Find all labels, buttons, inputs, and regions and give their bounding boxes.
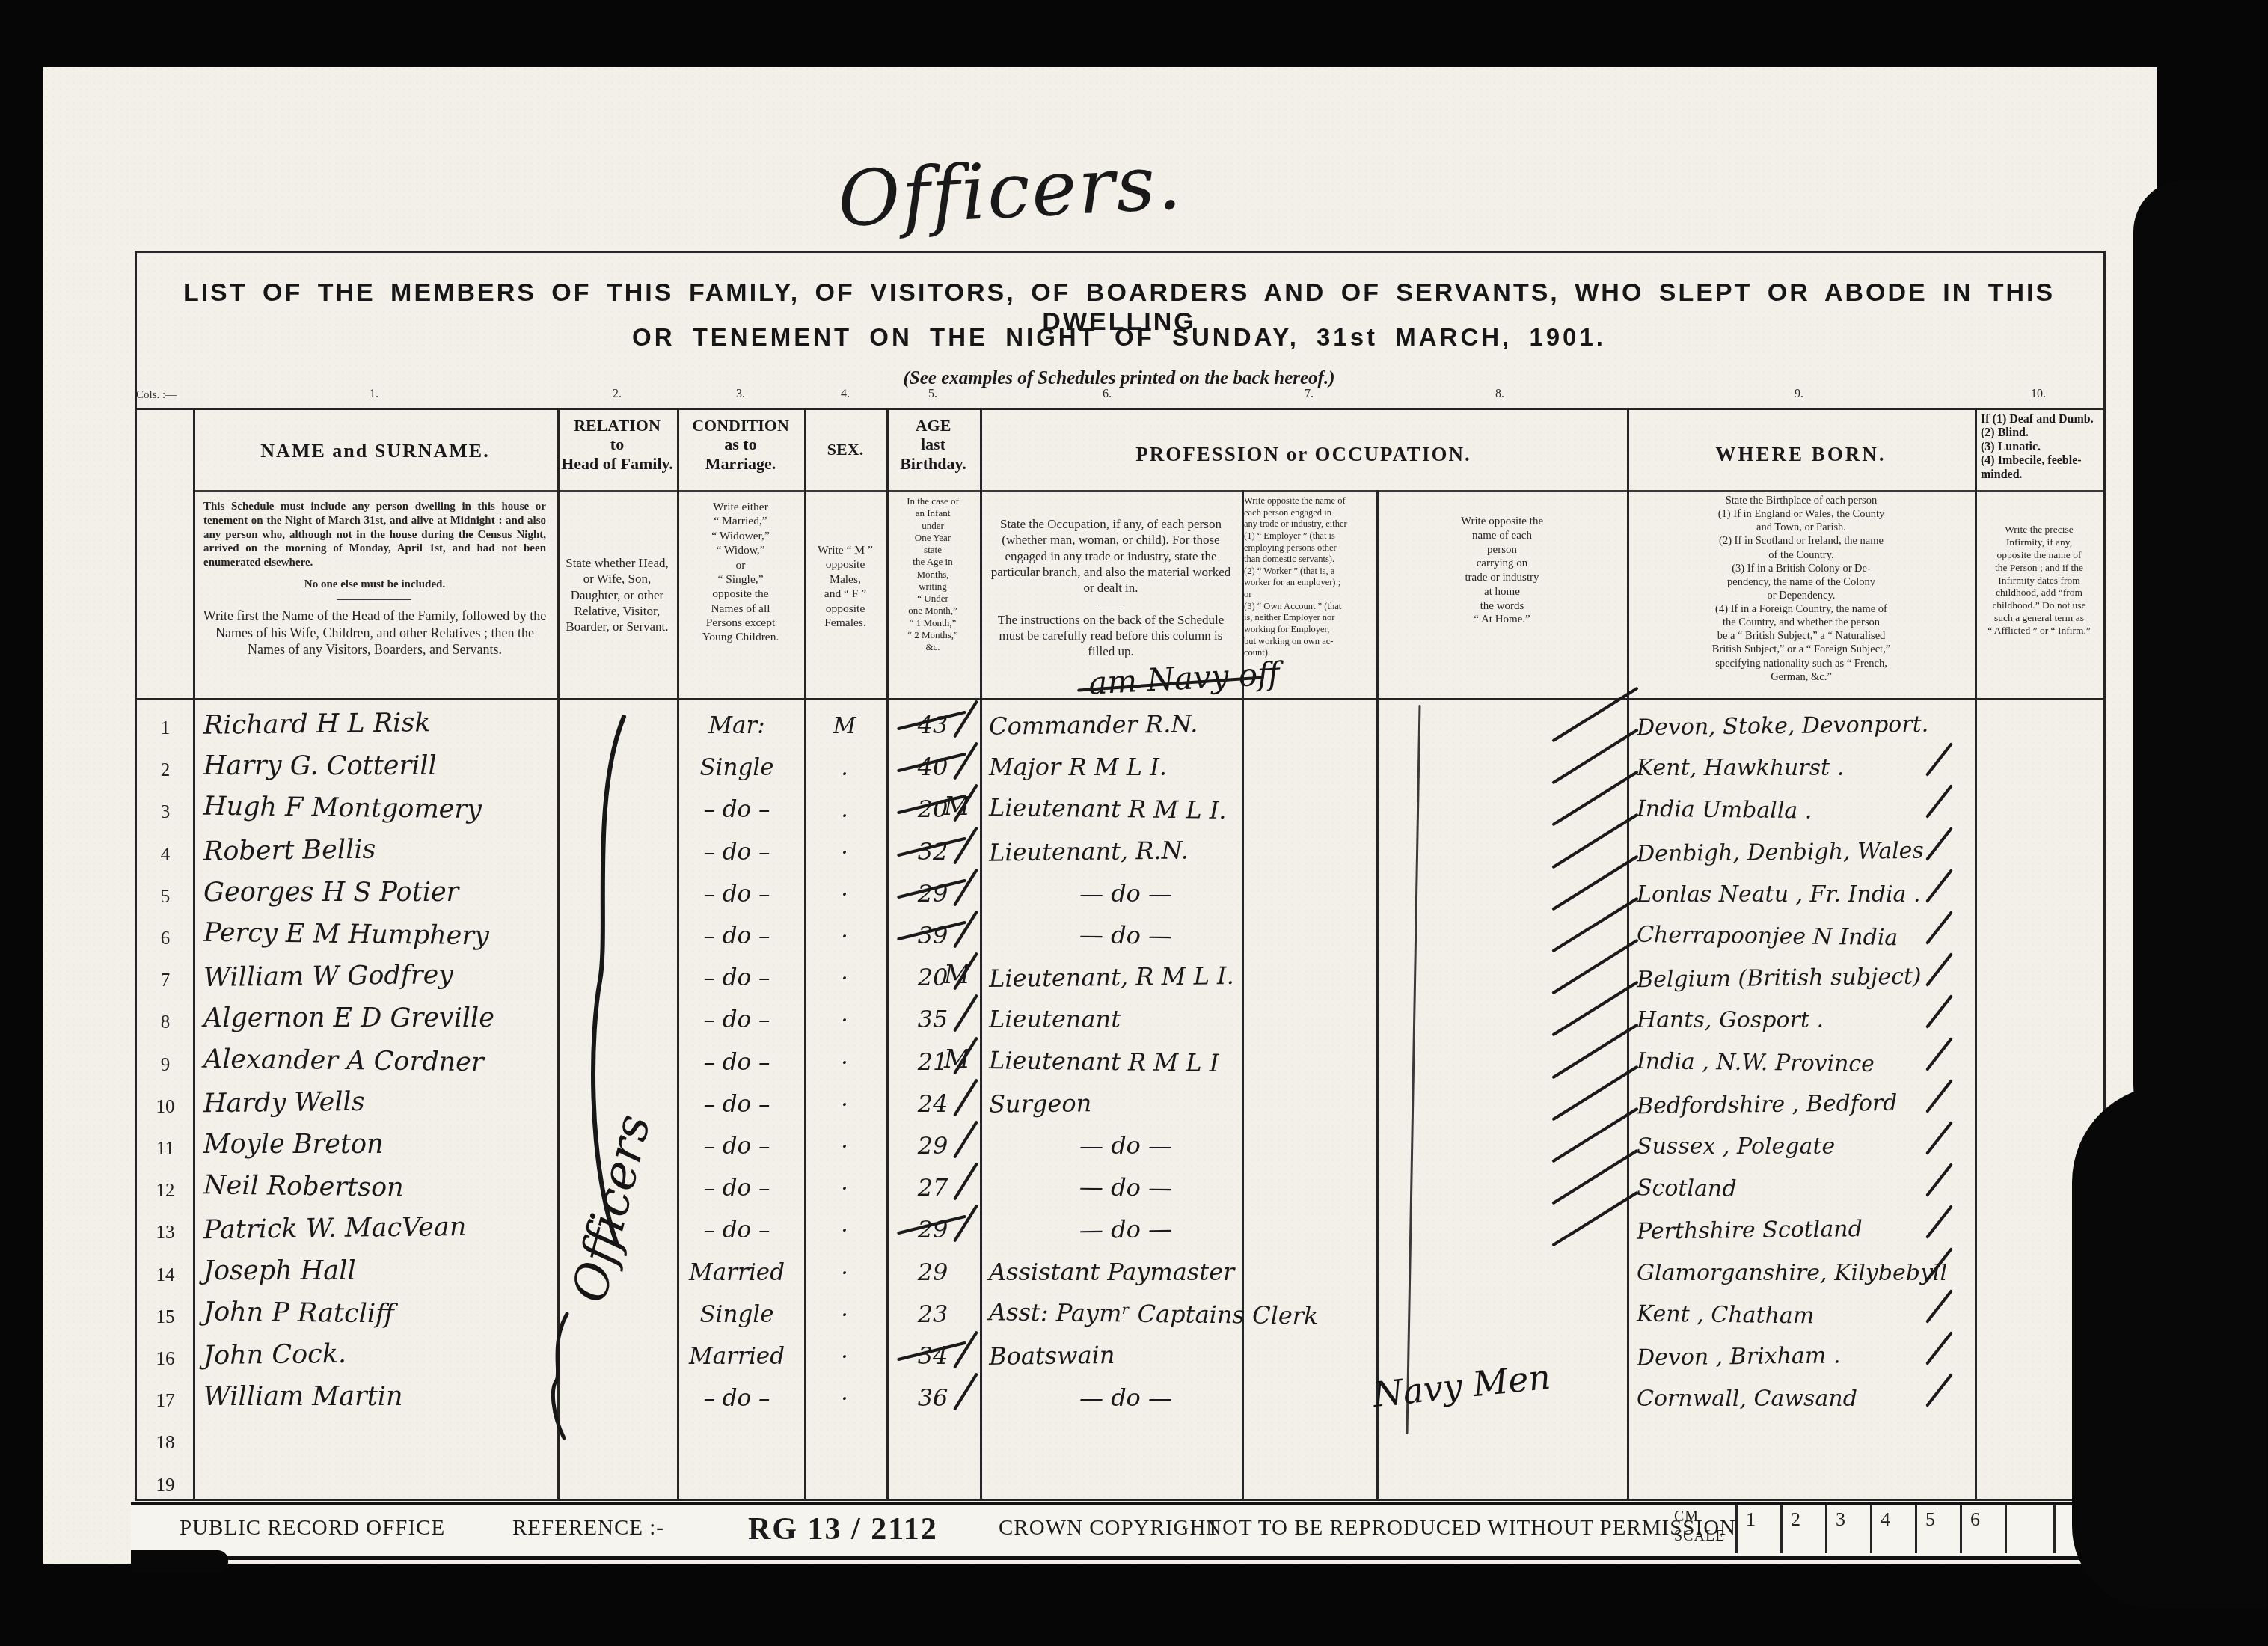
- pen-born-check: [1925, 742, 1953, 777]
- table-row: 19: [0, 1457, 2268, 1499]
- cell-profession: Assistant Paymaster: [989, 1258, 1234, 1286]
- pen-born-check: [1925, 869, 1953, 903]
- cell-profession: — do —: [1017, 1214, 1234, 1246]
- row-number: 3: [142, 802, 189, 823]
- cell-where-born: India Umballa .: [1637, 796, 1812, 824]
- scale-rule-0: [1735, 1505, 1738, 1553]
- cell-condition: – do –: [669, 839, 804, 866]
- cell-where-born: Belgium (British subject): [1637, 964, 1922, 994]
- cell-name: William W Godfrey: [203, 960, 453, 993]
- cell-age: 35: [889, 1005, 977, 1033]
- cell-age: 29: [889, 1215, 977, 1243]
- cell-profession: Lieutenant R M L I.: [989, 793, 1227, 824]
- col-number-10: 10.: [2016, 388, 2061, 401]
- cell-sex: ·: [804, 923, 885, 949]
- pen-born-check: [1925, 1121, 1953, 1155]
- instr-at-home: Write opposite the name of each person c…: [1382, 515, 1622, 627]
- cell-where-born: Scotland: [1637, 1175, 1737, 1202]
- cell-where-born: Glamorganshire, Kilybebyll: [1637, 1260, 1947, 1286]
- instr-profession: State the Occupation, if any, of each pe…: [990, 516, 1231, 659]
- scale-number-1: 1: [1746, 1508, 1756, 1531]
- table-row: 8 Algernon E D Greville – do – · 35 Lieu…: [0, 994, 2268, 1036]
- cell-sex: ·: [804, 881, 885, 908]
- cell-condition: – do –: [669, 1006, 804, 1033]
- cell-where-born: Lonlas Neatu , Fr. India .: [1637, 881, 1920, 908]
- pen-born-check: [1925, 1289, 1953, 1324]
- cell-condition: – do –: [669, 1049, 804, 1076]
- instr-relation: State whether Head, or Wife, Son, Daught…: [561, 555, 673, 634]
- footer-reference-label: REFERENCE :-: [512, 1516, 664, 1541]
- cell-profession: — do —: [1017, 1383, 1234, 1412]
- col-number-4: 4.: [823, 388, 868, 401]
- cell-profession: Boatswain: [989, 1341, 1115, 1371]
- table-row: 17 William Martin – do – · 36 — do — Cor…: [0, 1372, 2268, 1415]
- row-number: 1: [142, 718, 189, 739]
- table-row: 12 Neil Robertson – do – · 27 — do — Sco…: [0, 1162, 2268, 1205]
- col-number-1: 1.: [352, 388, 396, 401]
- table-row: 18: [0, 1414, 2268, 1457]
- cell-age: 23: [889, 1300, 977, 1328]
- cell-condition: Single: [669, 1301, 804, 1328]
- pen-born-check: [1925, 911, 1953, 945]
- cell-profession: — do —: [1017, 1172, 1234, 1203]
- header-relation: RELATION to Head of Family.: [557, 416, 677, 473]
- table-row: 1 Richard H L Risk Mar: M 43 Commander R…: [0, 700, 2268, 742]
- cell-condition: – do –: [669, 1217, 804, 1243]
- pen-born-check: [1925, 952, 1953, 987]
- scale-rule-7: [2053, 1505, 2056, 1553]
- row-number: 7: [142, 970, 189, 991]
- row-number: 14: [142, 1265, 189, 1286]
- row-number: 18: [142, 1433, 189, 1454]
- footer-separator: ·: [1180, 1516, 1189, 1541]
- cell-name: Neil Robertson: [203, 1171, 404, 1203]
- footer-reference-value: RG 13 / 2112: [748, 1511, 938, 1547]
- scale-rule-2: [1825, 1505, 1827, 1553]
- cell-condition: Single: [669, 754, 804, 781]
- cell-where-born: India , N.W. Province: [1637, 1048, 1875, 1077]
- cell-profession: Lieutenant: [989, 1005, 1121, 1033]
- cell-profession: Surgeon: [989, 1089, 1092, 1119]
- col-number-8: 8.: [1477, 388, 1522, 401]
- table-row: 15 John P Ratcliff Single · 23 Asst: Pay…: [0, 1288, 2268, 1331]
- torn-edge-blob: [2072, 1085, 2267, 1609]
- scale-rule-4: [1915, 1505, 1917, 1553]
- cell-name: Hardy Wells: [203, 1086, 365, 1119]
- cell-sex: ·: [804, 1092, 885, 1118]
- header-sex: SEX.: [804, 440, 886, 459]
- cell-where-born: Cherrapoonjee N India: [1637, 922, 1898, 951]
- cell-name: Joseph Hall: [203, 1256, 356, 1286]
- col-number-6: 6.: [1085, 388, 1130, 401]
- cell-where-born: Kent , Chatham: [1637, 1300, 1815, 1329]
- table-top-rule: [135, 408, 2106, 410]
- black-border-bottom: [0, 1564, 2268, 1646]
- row-number: 9: [142, 1055, 189, 1076]
- cell-sex: ·: [804, 1217, 885, 1243]
- cell-condition: – do –: [669, 1091, 804, 1118]
- scale-number-6: 6: [1970, 1508, 1980, 1531]
- row-number: 12: [142, 1181, 189, 1202]
- cell-name: Algernon E D Greville: [203, 1003, 494, 1033]
- instr-infirmity: Write the precise Infirmity, if any, opp…: [1978, 524, 2100, 637]
- col-number-5: 5.: [910, 388, 955, 401]
- cell-condition: Mar:: [669, 712, 804, 739]
- cell-where-born: Perthshire Scotland: [1637, 1217, 1863, 1246]
- cell-name: Richard H L Risk: [203, 708, 431, 741]
- header-name: NAME and SURNAME.: [193, 440, 557, 462]
- cell-age: 36: [889, 1383, 977, 1412]
- black-border-left: [0, 0, 43, 1646]
- cell-profession: Commander R.N.: [989, 709, 1198, 740]
- cell-age: 27: [889, 1173, 977, 1202]
- row-number: 15: [142, 1307, 189, 1328]
- cell-name: Hugh F Montgomery: [203, 792, 482, 825]
- cell-condition: – do –: [669, 964, 804, 991]
- cell-sex: ·: [804, 1133, 885, 1160]
- cell-sex: ·: [804, 1175, 885, 1202]
- header-age: AGE last Birthday.: [886, 416, 980, 473]
- table-row: 14 Joseph Hall Married · 29 Assistant Pa…: [0, 1246, 2268, 1289]
- instr-name-2: No one else must be included.: [203, 578, 546, 592]
- cell-condition: Married: [669, 1259, 804, 1286]
- pen-born-check: [1925, 1205, 1953, 1239]
- row-number: 6: [142, 928, 189, 949]
- table-row: 13 Patrick W. MacVean – do – · 29 — do —…: [0, 1204, 2268, 1246]
- cell-name: Harry G. Cotterill: [203, 751, 437, 781]
- row-number: 11: [142, 1139, 189, 1160]
- cell-profession: Lieutenant, R.N.: [989, 836, 1189, 866]
- table-row: 5 Georges H S Potier – do – · 29 — do — …: [0, 868, 2268, 911]
- row-number: 16: [142, 1349, 189, 1370]
- instr-name-3: Write first the Name of the Head of the …: [200, 608, 549, 658]
- table-row: 10 Hardy Wells – do – · 24 Surgeon Bedfo…: [0, 1078, 2268, 1121]
- row-number: 17: [142, 1391, 189, 1412]
- pen-born-check: [1925, 1163, 1953, 1197]
- cell-where-born: Devon, Stoke, Devonport.: [1637, 712, 1929, 741]
- table-row: 3 Hugh F Montgomery – do – . 20 Lieutena…: [0, 783, 2268, 826]
- cell-age: 29: [889, 1258, 977, 1286]
- cell-name: John Cock.: [203, 1339, 347, 1371]
- cell-profession: — do —: [1017, 1131, 1234, 1160]
- cell-name: Robert Bellis: [203, 834, 376, 866]
- table-row: 9 Alexander A Cordner – do – · 21 Lieute…: [0, 1036, 2268, 1079]
- table-row: 2 Harry G. Cotterill Single . 40 Major R…: [0, 741, 2268, 784]
- footer-scale-label: CM SCALE: [1674, 1507, 1725, 1546]
- row-number: 13: [142, 1223, 189, 1243]
- pen-born-check: [1925, 784, 1953, 819]
- table-row: 4 Robert Bellis – do – · 32 Lieutenant, …: [0, 826, 2268, 869]
- torn-edge-strip: [2133, 180, 2268, 1152]
- row-number: 19: [142, 1475, 189, 1496]
- row-number: 10: [142, 1097, 189, 1118]
- cell-name: Patrick W. MacVean: [203, 1212, 467, 1245]
- cell-profession: — do —: [1017, 879, 1234, 908]
- scale-number-5: 5: [1925, 1508, 1935, 1531]
- pen-born-check: [1925, 1079, 1953, 1113]
- table-row: 7 William W Godfrey – do – · 20 Lieutena…: [0, 952, 2268, 994]
- cols-label: Cols. :—: [136, 389, 177, 402]
- cell-condition: – do –: [669, 1133, 804, 1160]
- black-border-top: [0, 0, 2268, 67]
- cell-profession: Lieutenant, R M L I.: [989, 961, 1234, 993]
- instr-where-born: State the Birthplace of each person (1) …: [1632, 494, 1970, 684]
- cell-name: Alexander A Cordner: [203, 1044, 484, 1077]
- cell-name: John P Ratcliff: [203, 1297, 394, 1329]
- instr-age: In the case of an Infant under One Year …: [889, 495, 977, 653]
- header-divider-rule: [193, 490, 2106, 492]
- cell-sex: ·: [804, 965, 885, 991]
- col-number-2: 2.: [595, 388, 640, 401]
- cell-name: Percy E M Humphery: [203, 918, 489, 952]
- instr-employer: Write opposite the name of each person e…: [1244, 495, 1373, 659]
- row-number: 2: [142, 760, 189, 781]
- cell-sex: ·: [804, 1007, 885, 1033]
- heading-note: (See examples of Schedules printed on th…: [135, 368, 2103, 389]
- bottom-left-smudge: [131, 1550, 228, 1573]
- cell-sex: ·: [804, 1386, 885, 1412]
- col-number-9: 9.: [1777, 388, 1821, 401]
- cell-condition: Married: [669, 1343, 804, 1370]
- col-number-7: 7.: [1287, 388, 1331, 401]
- cell-sex: ·: [804, 1344, 885, 1370]
- cell-sex: ·: [804, 1050, 885, 1076]
- pen-born-check: [1925, 994, 1953, 1029]
- relation-brace: [570, 708, 637, 1254]
- scale-rule-1: [1780, 1505, 1783, 1553]
- scale-rule-6: [2005, 1505, 2007, 1553]
- pen-born-check: [1925, 827, 1953, 861]
- footer-no-reproduce: NOT TO BE REPRODUCED WITHOUT PERMISSION: [1206, 1516, 1736, 1541]
- cell-condition: – do –: [669, 1385, 804, 1412]
- instr-name-divider: [337, 599, 411, 600]
- cell-profession: Major R M L I.: [989, 753, 1167, 781]
- header-where-born: WHERE BORN.: [1627, 443, 1975, 466]
- heading-box-top-rule: [135, 251, 2106, 253]
- instr-name-1: This Schedule must include any person dw…: [203, 500, 546, 570]
- cell-condition: – do –: [669, 1175, 804, 1202]
- cell-where-born: Kent, Hawkhurst .: [1637, 755, 1844, 781]
- pen-mark-m: M: [944, 792, 970, 822]
- header-infirmity: If (1) Deaf and Dumb. (2) Blind. (3) Lun…: [1981, 413, 2102, 482]
- cell-profession: Lieutenant R M L I: [989, 1046, 1219, 1077]
- row-number: 4: [142, 845, 189, 866]
- cell-condition: – do –: [669, 881, 804, 908]
- table-row: 6 Percy E M Humphery – do – · 39 — do — …: [0, 910, 2268, 952]
- cell-sex: M: [804, 713, 885, 739]
- cell-where-born: Denbigh, Denbigh, Wales: [1637, 837, 1924, 867]
- census-scan: Officers. LIST OF THE MEMBERS OF THIS FA…: [0, 0, 2268, 1646]
- cell-sex: ·: [804, 1302, 885, 1328]
- cell-name: Moyle Breton: [203, 1130, 384, 1160]
- pen-born-check: [1925, 1037, 1953, 1071]
- instr-condition: Write either “ Married,” “ Widower,” “ W…: [679, 500, 802, 645]
- header-profession: PROFESSION or OCCUPATION.: [980, 443, 1627, 466]
- cell-sex: ·: [804, 1260, 885, 1286]
- cell-where-born: Sussex , Polegate: [1637, 1133, 1835, 1160]
- scale-number-4: 4: [1881, 1508, 1890, 1531]
- heading-line-2: OR TENEMENT ON THE NIGHT OF SUNDAY, 31st…: [135, 323, 2103, 352]
- cell-name: William Martin: [203, 1382, 403, 1412]
- cell-condition: – do –: [669, 923, 804, 949]
- pen-mark-m: M: [944, 960, 970, 990]
- cell-where-born: Bedfordshire , Bedford: [1637, 1090, 1898, 1119]
- cell-profession: Asst: Paymʳ Captains Clerk: [989, 1297, 1319, 1330]
- cell-where-born: Hants, Gosport .: [1637, 1007, 1824, 1033]
- cell-profession: — do —: [1017, 920, 1234, 951]
- scale-number-2: 2: [1791, 1508, 1800, 1531]
- table-row: 16 John Cock. Married · 34 Boatswain Dev…: [0, 1330, 2268, 1373]
- pen-born-check: [1925, 1331, 1953, 1365]
- cell-name: Georges H S Potier: [203, 878, 459, 908]
- cell-condition: – do –: [669, 796, 804, 823]
- cell-where-born: Cornwall, Cawsand: [1637, 1386, 1857, 1412]
- cell-sex: ·: [804, 839, 885, 866]
- relation-brace-small: [542, 1309, 579, 1444]
- header-condition: CONDITION as to Marriage.: [677, 416, 804, 473]
- scale-number-3: 3: [1836, 1508, 1845, 1531]
- cell-sex: .: [804, 755, 885, 781]
- page-title: Officers.: [836, 138, 1184, 245]
- instr-sex: Write “ M ” opposite Males, and “ F ” op…: [808, 543, 883, 630]
- scale-rule-5: [1960, 1505, 1962, 1553]
- row-number: 8: [142, 1012, 189, 1033]
- table-row: 11 Moyle Breton – do – · 29 — do — Susse…: [0, 1120, 2268, 1163]
- cell-sex: .: [804, 797, 885, 823]
- pen-mark-m: M: [944, 1044, 970, 1074]
- col-number-3: 3.: [718, 388, 763, 401]
- row-number: 5: [142, 887, 189, 908]
- cell-where-born: Devon , Brixham .: [1637, 1342, 1841, 1371]
- footer-office: PUBLIC RECORD OFFICE: [180, 1516, 445, 1541]
- scale-rule-3: [1870, 1505, 1872, 1553]
- cell-age: 40: [889, 753, 977, 781]
- pen-born-check: [1925, 1373, 1953, 1407]
